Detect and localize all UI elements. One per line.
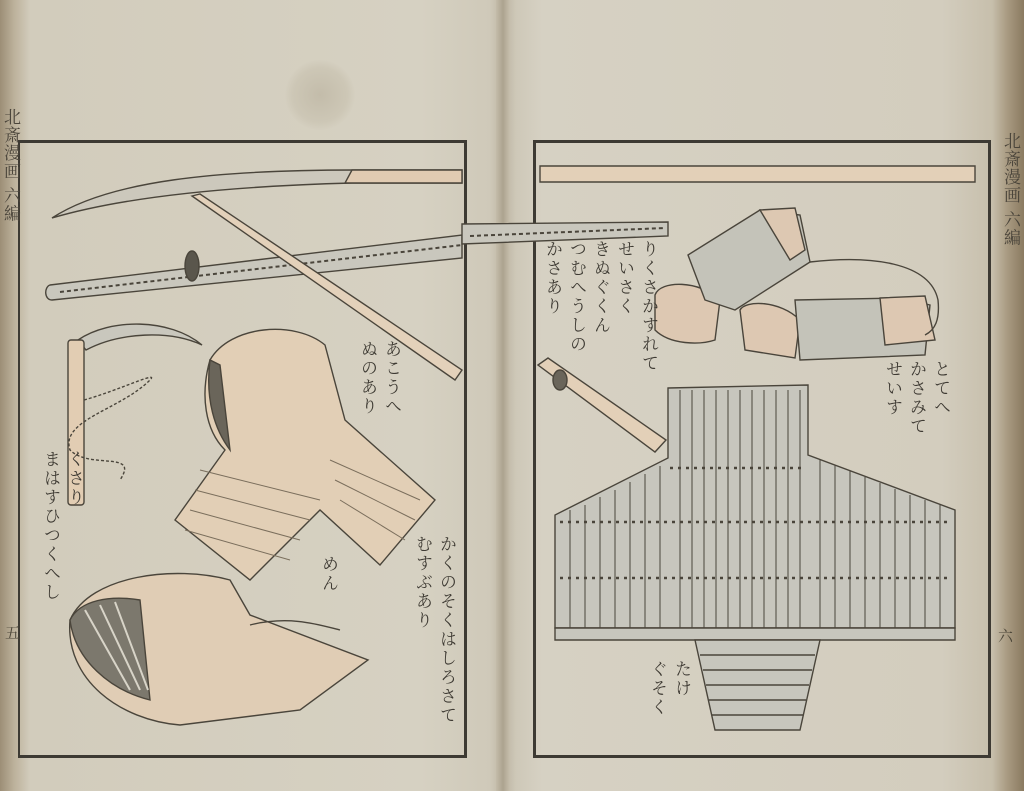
- caption-dou-text: とてへ かさみて せいす: [880, 360, 952, 436]
- caption-kusari-note: くさり まはすひつくへし: [38, 450, 86, 602]
- book-spread: 北斎漫画 六編 北斎漫画 六編 五 六: [0, 0, 1024, 791]
- caption-kote-text: りくさかすれて せいさく きぬぐくん つむへうしの かさあり: [540, 240, 660, 373]
- caption-tare-text: たけ ぐそく: [645, 660, 693, 717]
- long-staff-illustration: [540, 166, 975, 182]
- kote-gauntlets-illustration: [655, 208, 938, 360]
- caption-men: めん: [316, 555, 340, 593]
- illustrations: [0, 0, 1024, 791]
- kusarigama-illustration: [68, 324, 202, 505]
- caption-kaku-note: かくのそくはしろさて むすぶあり: [410, 535, 458, 725]
- padded-helmet-illustration: [70, 573, 368, 725]
- tare-skirt-illustration: [695, 640, 820, 730]
- naginata-illustration: [52, 170, 462, 218]
- caption-kote-note: あこうへ ぬのあり: [355, 340, 403, 416]
